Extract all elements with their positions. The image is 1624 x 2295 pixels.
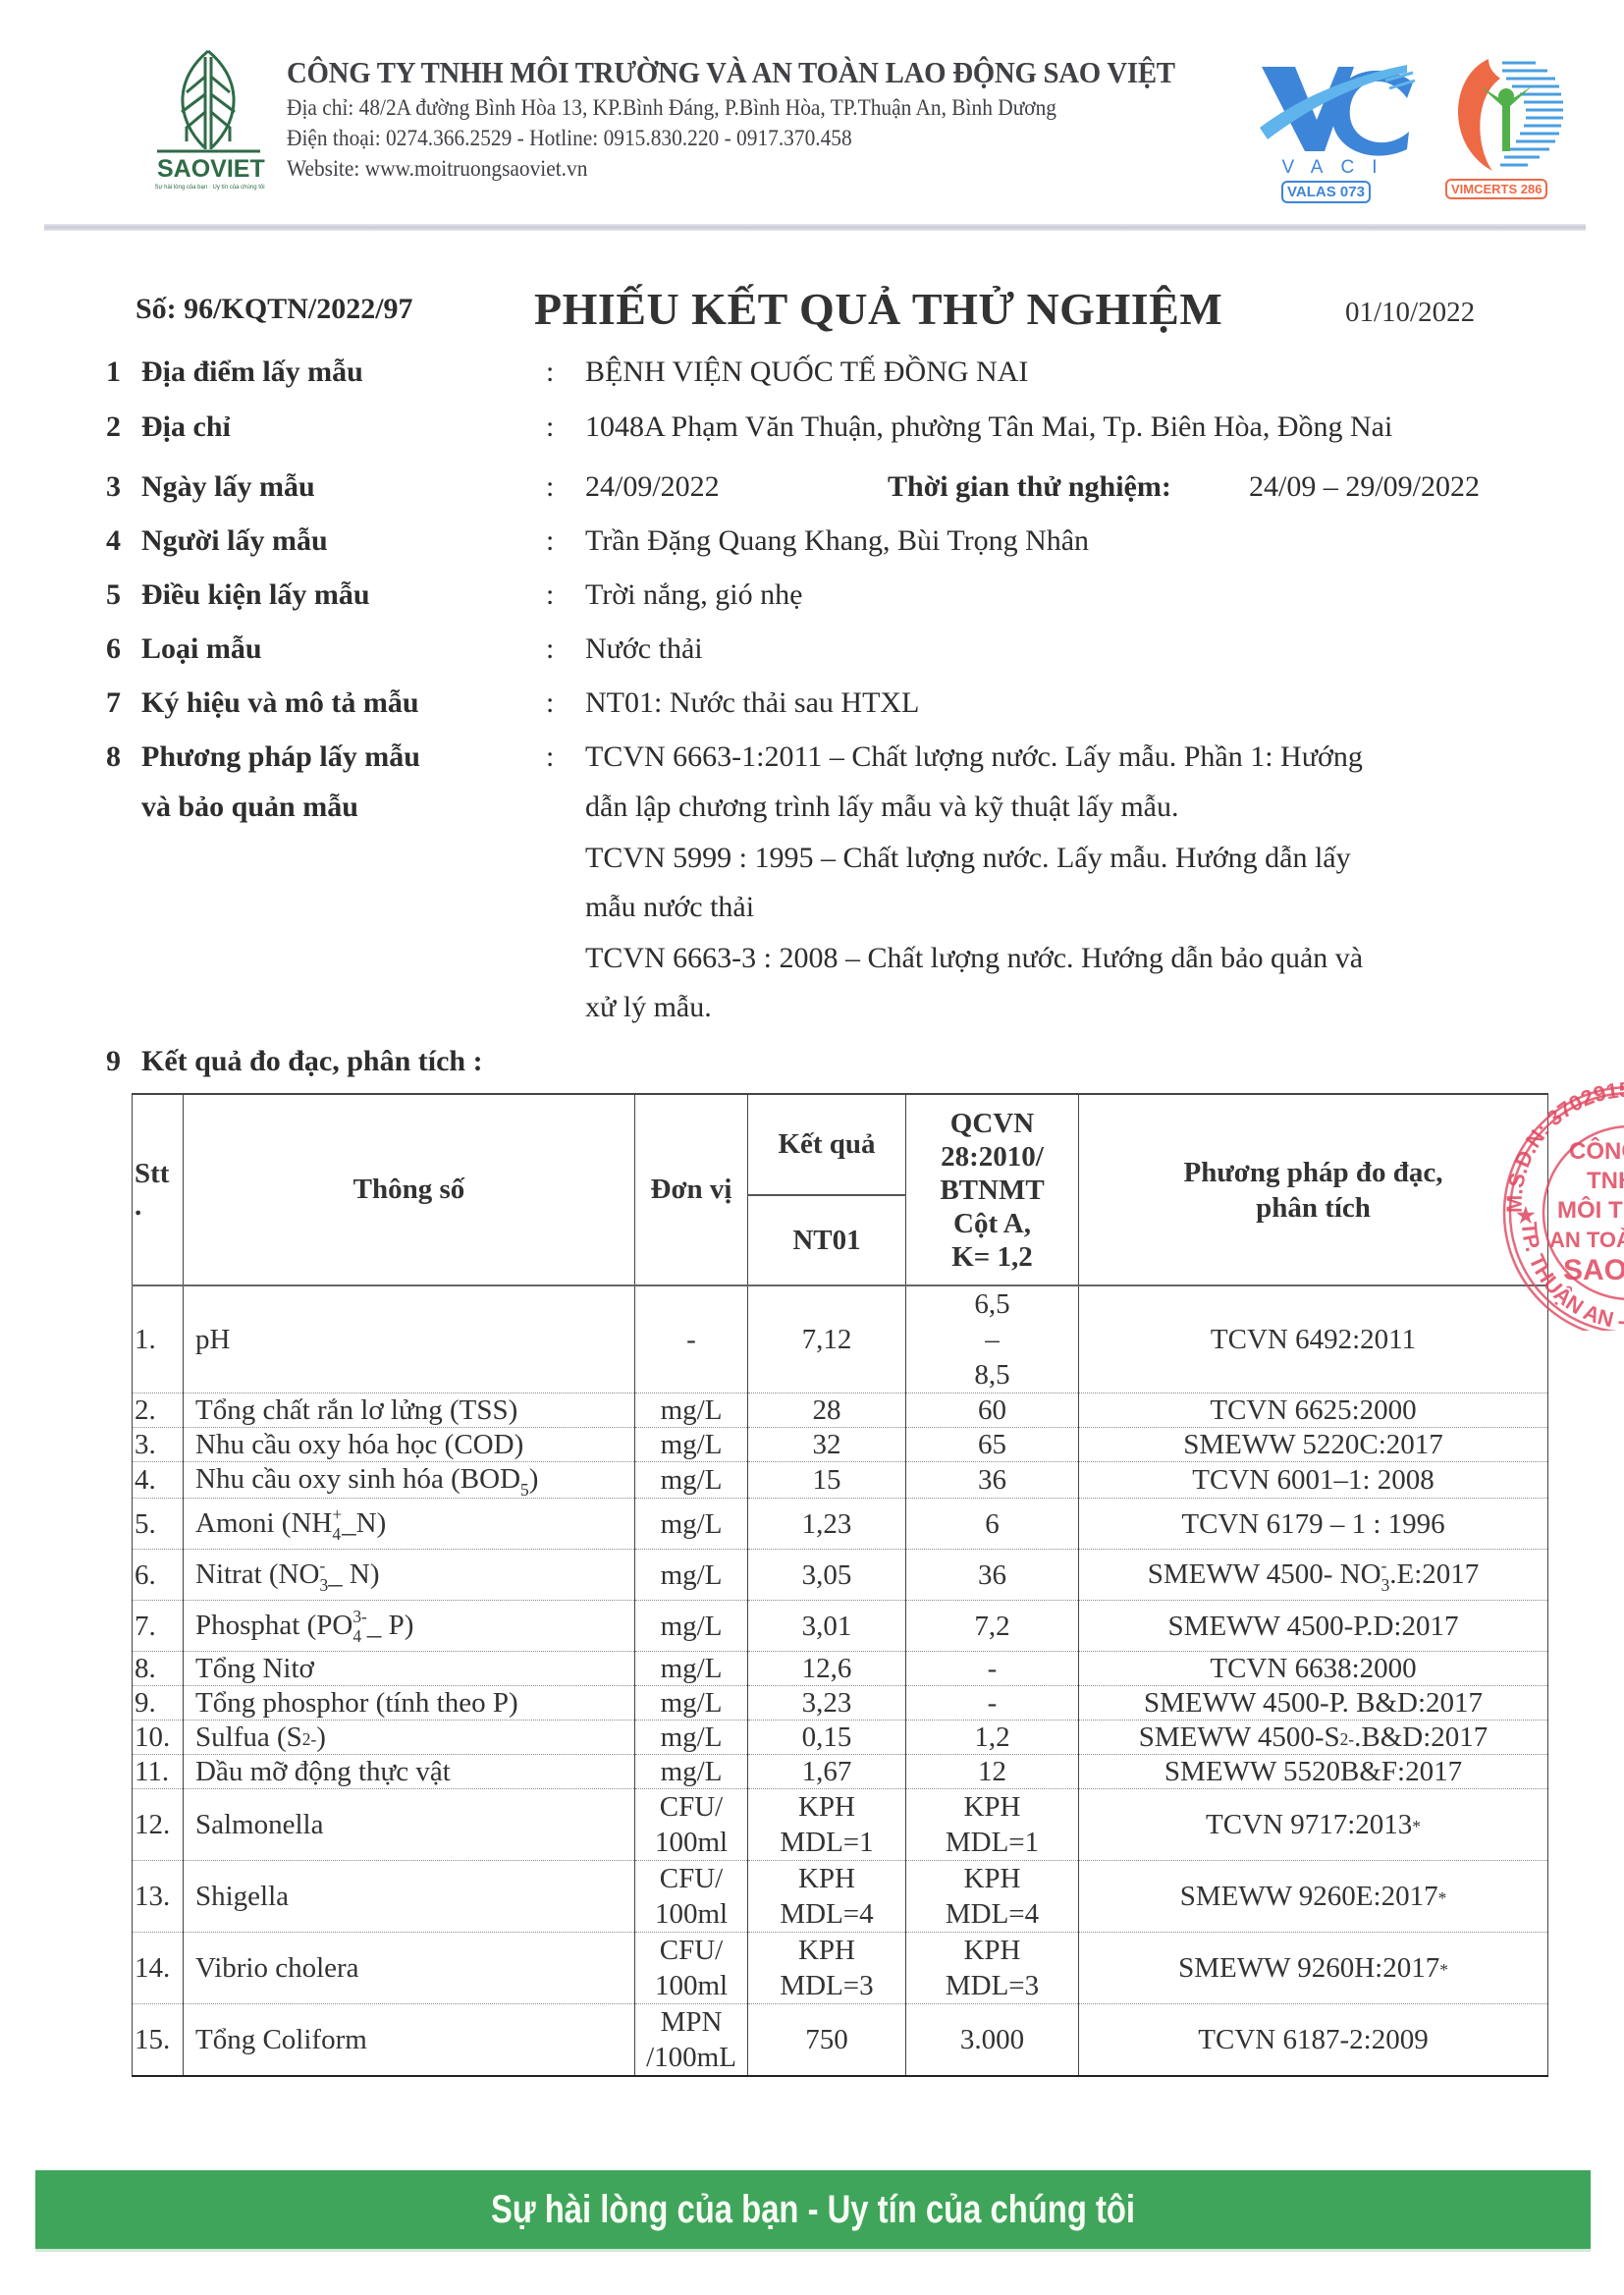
company-phone: Điện thoại: 0274.366.2529 - Hotline: 091… [287, 126, 1164, 151]
table-row: 3.Nhu cầu oxy hóa học (COD)mg/L3265SMEWW… [133, 1428, 1548, 1462]
cell-unit: mg/L [635, 1393, 748, 1428]
cell-param: Tổng phosphor (tính theo P) [184, 1686, 635, 1721]
cell-method: SMEWW 4500-P.D:2017 [1079, 1601, 1548, 1652]
brand-name: SAOVIET [157, 155, 260, 184]
document-date: 01/10/2022 [1345, 297, 1475, 329]
cell-stt: 2. [133, 1393, 184, 1428]
method-line: TCVN 5999 : 1995 – Chất lượng nước. Lấy … [585, 842, 1351, 875]
cell-unit: CFU/100ml [635, 1789, 748, 1861]
cell-result: 3,05 [748, 1550, 906, 1601]
info-label: Phương pháp lấy mẫu [141, 740, 420, 773]
cell-stt: 7. [133, 1601, 184, 1652]
cell-result: 15 [748, 1462, 906, 1499]
cell-param: Tổng chất rắn lơ lửng (TSS) [184, 1393, 635, 1428]
footer-band: Sự hài lòng của bạn - Uy tín của chúng t… [35, 2170, 1591, 2252]
method-line: mẫu nước thải [585, 891, 754, 924]
footer-slogan: Sự hài lòng của bạn - Uy tín của chúng t… [176, 2188, 1451, 2232]
cell-limit: 6,5–8,5 [906, 1285, 1079, 1393]
cell-limit: 12 [906, 1755, 1079, 1789]
cell-unit: CFU/100ml [635, 1933, 748, 2004]
cell-result: 0,15 [748, 1721, 906, 1755]
table-row: 1.pH-7,126,5–8,5TCVN 6492:2011 [133, 1285, 1548, 1393]
cell-stt: 8. [133, 1652, 184, 1686]
info-label: Loại mẫu [141, 632, 262, 665]
svg-text:CÔNG: CÔNG [1569, 1137, 1624, 1165]
info-value: BỆNH VIỆN QUỐC TẾ ĐỒNG NAI [585, 355, 1028, 389]
cell-limit: KPHMDL=1 [906, 1789, 1079, 1861]
cell-method: SMEWW 5520B&F:2017 [1079, 1755, 1548, 1789]
cell-param: Tổng Coliform [184, 2004, 635, 2077]
col-header-standard: QCVN28:2010/BTNMTCột A,K= 1,2 [906, 1094, 1079, 1285]
table-row: 2.Tổng chất rắn lơ lửng (TSS)mg/L2860TCV… [133, 1393, 1548, 1428]
col-header-method: Phương pháp đo đạc,phân tích [1079, 1094, 1548, 1285]
vaci-logo: VACI VALAS 073 [1260, 59, 1417, 206]
cell-unit: MPN/100mL [635, 2004, 748, 2077]
svg-text:AN TOÀN LA: AN TOÀN LA [1549, 1228, 1624, 1252]
cell-method: TCVN 6492:2011 [1079, 1285, 1548, 1393]
test-period-label: Thời gian thử nghiệm: [888, 470, 1171, 504]
table-row: 4.Nhu cầu oxy sinh hóa (BOD 5)mg/L1536TC… [133, 1462, 1548, 1499]
leaf-logo-icon [157, 47, 260, 155]
cell-param: Nitrat (NO-3_ N) [184, 1550, 635, 1601]
cell-result: 750 [748, 2004, 906, 2077]
vimcerts-mark-icon [1441, 57, 1569, 175]
cell-unit: mg/L [635, 1652, 748, 1686]
method-line: dẫn lập chương trình lấy mẫu và kỹ thuật… [585, 791, 1178, 824]
cell-stt: 1. [133, 1285, 184, 1393]
cell-param: pH [184, 1285, 635, 1393]
info-label: Địa chỉ [141, 410, 231, 443]
cell-result: 32 [748, 1428, 906, 1462]
col-header-unit: Đơn vị [635, 1094, 748, 1285]
svg-text:TNH: TNH [1587, 1168, 1624, 1194]
table-row: 12.SalmonellaCFU/100mlKPHMDL=1KPHMDL=1TC… [133, 1789, 1548, 1861]
cell-limit: 36 [906, 1550, 1079, 1601]
cell-method: SMEWW 9260E:2017* [1079, 1861, 1548, 1933]
table-row: 14.Vibrio choleraCFU/100mlKPHMDL=3KPHMDL… [133, 1933, 1548, 2004]
method-line: xử lý mẫu. [585, 991, 712, 1024]
cell-param: Phosphat (PO3-4_ P) [184, 1601, 635, 1652]
table-row: 11.Dầu mỡ động thực vậtmg/L1,6712SMEWW 5… [133, 1755, 1548, 1789]
cell-param: Dầu mỡ động thực vật [184, 1755, 635, 1789]
method-line: TCVN 6663-1:2011 – Chất lượng nước. Lấy … [585, 740, 1363, 774]
info-value: NT01: Nước thải sau HTXL [585, 686, 919, 720]
table-row: 8.Tổng Nitơmg/L12,6-TCVN 6638:2000 [133, 1652, 1548, 1686]
cell-result: 3,23 [748, 1686, 906, 1721]
cell-method: TCVN 6187-2:2009 [1079, 2004, 1548, 2077]
section-heading: Kết quả đo đạc, phân tích : [141, 1045, 483, 1077]
info-value: 24/09/2022 [585, 470, 720, 504]
table-row: 9.Tổng phosphor (tính theo P)mg/L3,23-SM… [133, 1686, 1548, 1721]
table-row: 7.Phosphat (PO3-4_ P)mg/L3,017,2SMEWW 45… [133, 1601, 1548, 1652]
cell-stt: 4. [133, 1462, 184, 1499]
cell-unit: mg/L [635, 1499, 748, 1550]
cell-method: SMEWW 9260H:2017* [1079, 1933, 1548, 2004]
cell-method: TCVN 6638:2000 [1079, 1652, 1548, 1686]
table-row: 10.Sulfua (S2-)mg/L0,151,2SMEWW 4500-S2-… [133, 1721, 1548, 1755]
cell-param: Amoni (NH+4_N) [184, 1499, 635, 1550]
cell-unit: mg/L [635, 1462, 748, 1499]
cell-unit: mg/L [635, 1755, 748, 1789]
company-info: CÔNG TY TNHH MÔI TRƯỜNG VÀ AN TOÀN LAO Đ… [287, 55, 1229, 182]
cell-limit: KPHMDL=4 [906, 1861, 1079, 1933]
valas-badge: VALAS 073 [1281, 181, 1371, 203]
cell-method: TCVN 9717:2013* [1079, 1789, 1548, 1861]
cell-param: Salmonella [184, 1789, 635, 1861]
cell-param: Sulfua (S2-) [184, 1721, 635, 1755]
cell-limit: 7,2 [906, 1601, 1079, 1652]
company-stamp: M.S.D.N: 3702915 TP. THUẬN AN - T ★ CÔNG… [1492, 1056, 1624, 1331]
cell-param: Nhu cầu oxy sinh hóa (BOD 5) [184, 1462, 635, 1499]
info-value: Trời nắng, gió nhẹ [585, 578, 802, 612]
cell-stt: 10. [133, 1721, 184, 1755]
cell-result: KPHMDL=1 [748, 1789, 906, 1861]
cell-limit: 6 [906, 1499, 1079, 1550]
cell-result: KPHMDL=4 [748, 1861, 906, 1933]
test-period-value: 24/09 – 29/09/2022 [1249, 470, 1480, 504]
cell-method: SMEWW 4500-S2-.B&D:2017 [1079, 1721, 1548, 1755]
cell-limit: 1,2 [906, 1721, 1079, 1755]
cell-unit: mg/L [635, 1721, 748, 1755]
cell-param: Vibrio cholera [184, 1933, 635, 2004]
info-value: 1048A Phạm Văn Thuận, phường Tân Mai, Tp… [585, 410, 1392, 444]
cell-stt: 5. [133, 1499, 184, 1550]
cell-result: 1,23 [748, 1499, 906, 1550]
company-name: CÔNG TY TNHH MÔI TRƯỜNG VÀ AN TOÀN LAO Đ… [287, 55, 1164, 90]
col-header-sample-nt01: NT01 [748, 1195, 906, 1285]
results-table-body: 1.pH-7,126,5–8,5TCVN 6492:20112.Tổng chấ… [133, 1285, 1548, 2076]
cell-limit: 60 [906, 1393, 1079, 1428]
cell-stt: 11. [133, 1755, 184, 1789]
cell-param: Shigella [184, 1861, 635, 1933]
col-header-stt: Stt. [133, 1094, 184, 1285]
cell-unit: - [635, 1285, 748, 1393]
vimcerts-logo: VIMCERTS 286 [1441, 57, 1569, 206]
cell-stt: 15. [133, 2004, 184, 2077]
cell-limit: - [906, 1686, 1079, 1721]
cell-stt: 9. [133, 1686, 184, 1721]
cell-limit: 3.000 [906, 2004, 1079, 2077]
saoviet-logo: SAOVIET Sự hài lòng của bạn · Uy tín của… [157, 47, 260, 204]
cell-result: KPHMDL=3 [748, 1933, 906, 2004]
cell-method: TCVN 6179 – 1 : 1996 [1079, 1499, 1548, 1550]
brand-slogan: Sự hài lòng của bạn · Uy tín của chúng t… [153, 185, 266, 191]
vc-mark-icon [1260, 59, 1417, 157]
cell-method: TCVN 6001–1: 2008 [1079, 1462, 1548, 1499]
stamp-seal-icon: M.S.D.N: 3702915 TP. THUẬN AN - T ★ CÔNG… [1492, 1056, 1624, 1331]
info-label: Địa điểm lấy mẫu [141, 355, 363, 388]
col-header-param: Thông số [184, 1094, 635, 1285]
svg-text:SAO VI: SAO VI [1563, 1254, 1624, 1286]
col-header-result: Kết quả [748, 1094, 906, 1195]
svg-text:★: ★ [1516, 1203, 1536, 1228]
header-divider [44, 224, 1586, 231]
method-line: TCVN 6663-3 : 2008 – Chất lượng nước. Hư… [585, 942, 1363, 975]
info-label: Ngày lấy mẫu [141, 470, 315, 503]
cell-stt: 14. [133, 1933, 184, 2004]
table-row: 6.Nitrat (NO-3_ N)mg/L3,0536SMEWW 4500- … [133, 1550, 1548, 1601]
cell-unit: mg/L [635, 1601, 748, 1652]
cell-stt: 12. [133, 1789, 184, 1861]
info-value: Trần Đặng Quang Khang, Bùi Trọng Nhân [585, 524, 1089, 558]
info-value: Nước thải [585, 632, 703, 666]
cell-method: SMEWW 5220C:2017 [1079, 1428, 1548, 1462]
vaci-text: VACI [1279, 157, 1397, 179]
info-label: Người lấy mẫu [141, 524, 328, 557]
cell-stt: 3. [133, 1428, 184, 1462]
cell-limit: - [906, 1652, 1079, 1686]
document-title: PHIẾU KẾT QUẢ THỬ NGHIỆM [534, 283, 1222, 335]
cell-result: 28 [748, 1393, 906, 1428]
cell-method: TCVN 6625:2000 [1079, 1393, 1548, 1428]
cell-param: Nhu cầu oxy hóa học (COD) [184, 1428, 635, 1462]
cell-param: Tổng Nitơ [184, 1652, 635, 1686]
cell-limit: KPHMDL=3 [906, 1933, 1079, 2004]
cell-unit: mg/L [635, 1686, 748, 1721]
cell-unit: CFU/100ml [635, 1861, 748, 1933]
results-table: Stt. Thông số Đơn vị Kết quả QCVN28:2010… [132, 1093, 1547, 2077]
vimcerts-badge: VIMCERTS 286 [1445, 179, 1547, 199]
cell-unit: mg/L [635, 1428, 748, 1462]
cell-limit: 65 [906, 1428, 1079, 1462]
cell-result: 12,6 [748, 1652, 906, 1686]
table-row: 5.Amoni (NH+4_N)mg/L1,236TCVN 6179 – 1 :… [133, 1499, 1548, 1550]
cell-result: 7,12 [748, 1285, 906, 1393]
company-address: Địa chỉ: 48/2A đường Bình Hòa 13, KP.Bìn… [287, 95, 1164, 121]
cell-stt: 6. [133, 1550, 184, 1601]
table-row: 13.ShigellaCFU/100mlKPHMDL=4KPHMDL=4SMEW… [133, 1861, 1548, 1933]
document-number: Số: 96/KQTN/2022/97 [135, 293, 413, 326]
cell-unit: mg/L [635, 1550, 748, 1601]
info-label-2: và bảo quản mẫu [141, 791, 358, 823]
info-label: Ký hiệu và mô tả mẫu [141, 686, 419, 719]
cell-method: SMEWW 4500-P. B&D:2017 [1079, 1686, 1548, 1721]
svg-text:MÔI TRƯỜ: MÔI TRƯỜ [1557, 1196, 1624, 1224]
cell-method: SMEWW 4500- NO-3.E:2017 [1079, 1550, 1548, 1601]
cell-result: 1,67 [748, 1755, 906, 1789]
cell-stt: 13. [133, 1861, 184, 1933]
cell-limit: 36 [906, 1462, 1079, 1499]
company-website[interactable]: Website: www.moitruongsaoviet.vn [287, 156, 1164, 182]
info-label: Điều kiện lấy mẫu [141, 578, 370, 611]
table-row: 15.Tổng ColiformMPN/100mL7503.000TCVN 61… [133, 2004, 1548, 2077]
cell-result: 3,01 [748, 1601, 906, 1652]
